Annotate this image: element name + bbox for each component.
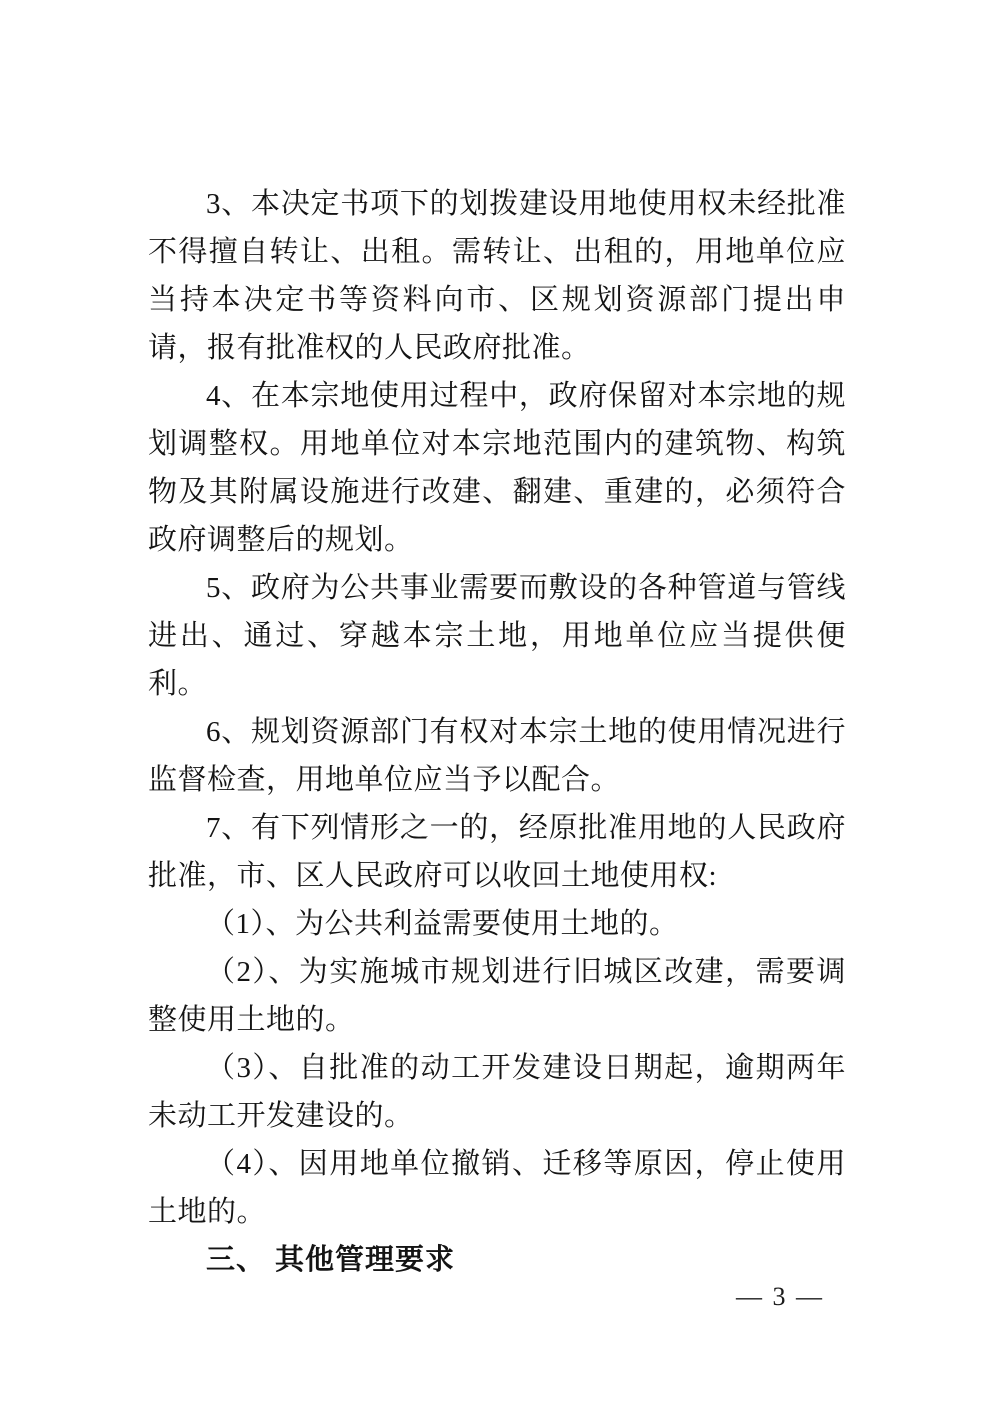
paragraph-clause-3: 3、本决定书项下的划拨建设用地使用权未经批准不得擅自转让、出租。需转让、出租的，…: [148, 180, 846, 372]
document-page: 3、本决定书项下的划拨建设用地使用权未经批准不得擅自转让、出租。需转让、出租的，…: [0, 0, 992, 1403]
page-number: — 3 —: [700, 1282, 860, 1312]
paragraph-subitem-4: （4）、因用地单位撤销、迁移等原因，停止使用土地的。: [148, 1140, 846, 1236]
paragraph-clause-6: 6、规划资源部门有权对本宗土地的使用情况进行监督检查，用地单位应当予以配合。: [148, 708, 846, 804]
paragraph-clause-4: 4、在本宗地使用过程中，政府保留对本宗地的规划调整权。用地单位对本宗地范围内的建…: [148, 372, 846, 564]
paragraph-subitem-1: （1）、为公共利益需要使用土地的。: [148, 900, 846, 948]
paragraph-subitem-2: （2）、为实施城市规划进行旧城区改建，需要调整使用土地的。: [148, 948, 846, 1044]
paragraph-subitem-3: （3）、自批准的动工开发建设日期起，逾期两年未动工开发建设的。: [148, 1044, 846, 1140]
paragraph-clause-5: 5、政府为公共事业需要而敷设的各种管道与管线进出、通过、穿越本宗土地，用地单位应…: [148, 564, 846, 708]
document-body: 3、本决定书项下的划拨建设用地使用权未经批准不得擅自转让、出租。需转让、出租的，…: [148, 180, 846, 1284]
section-heading-other-management-requirements: 三、 其他管理要求: [148, 1236, 846, 1284]
paragraph-clause-7: 7、有下列情形之一的，经原批准用地的人民政府批准，市、区人民政府可以收回土地使用…: [148, 804, 846, 900]
